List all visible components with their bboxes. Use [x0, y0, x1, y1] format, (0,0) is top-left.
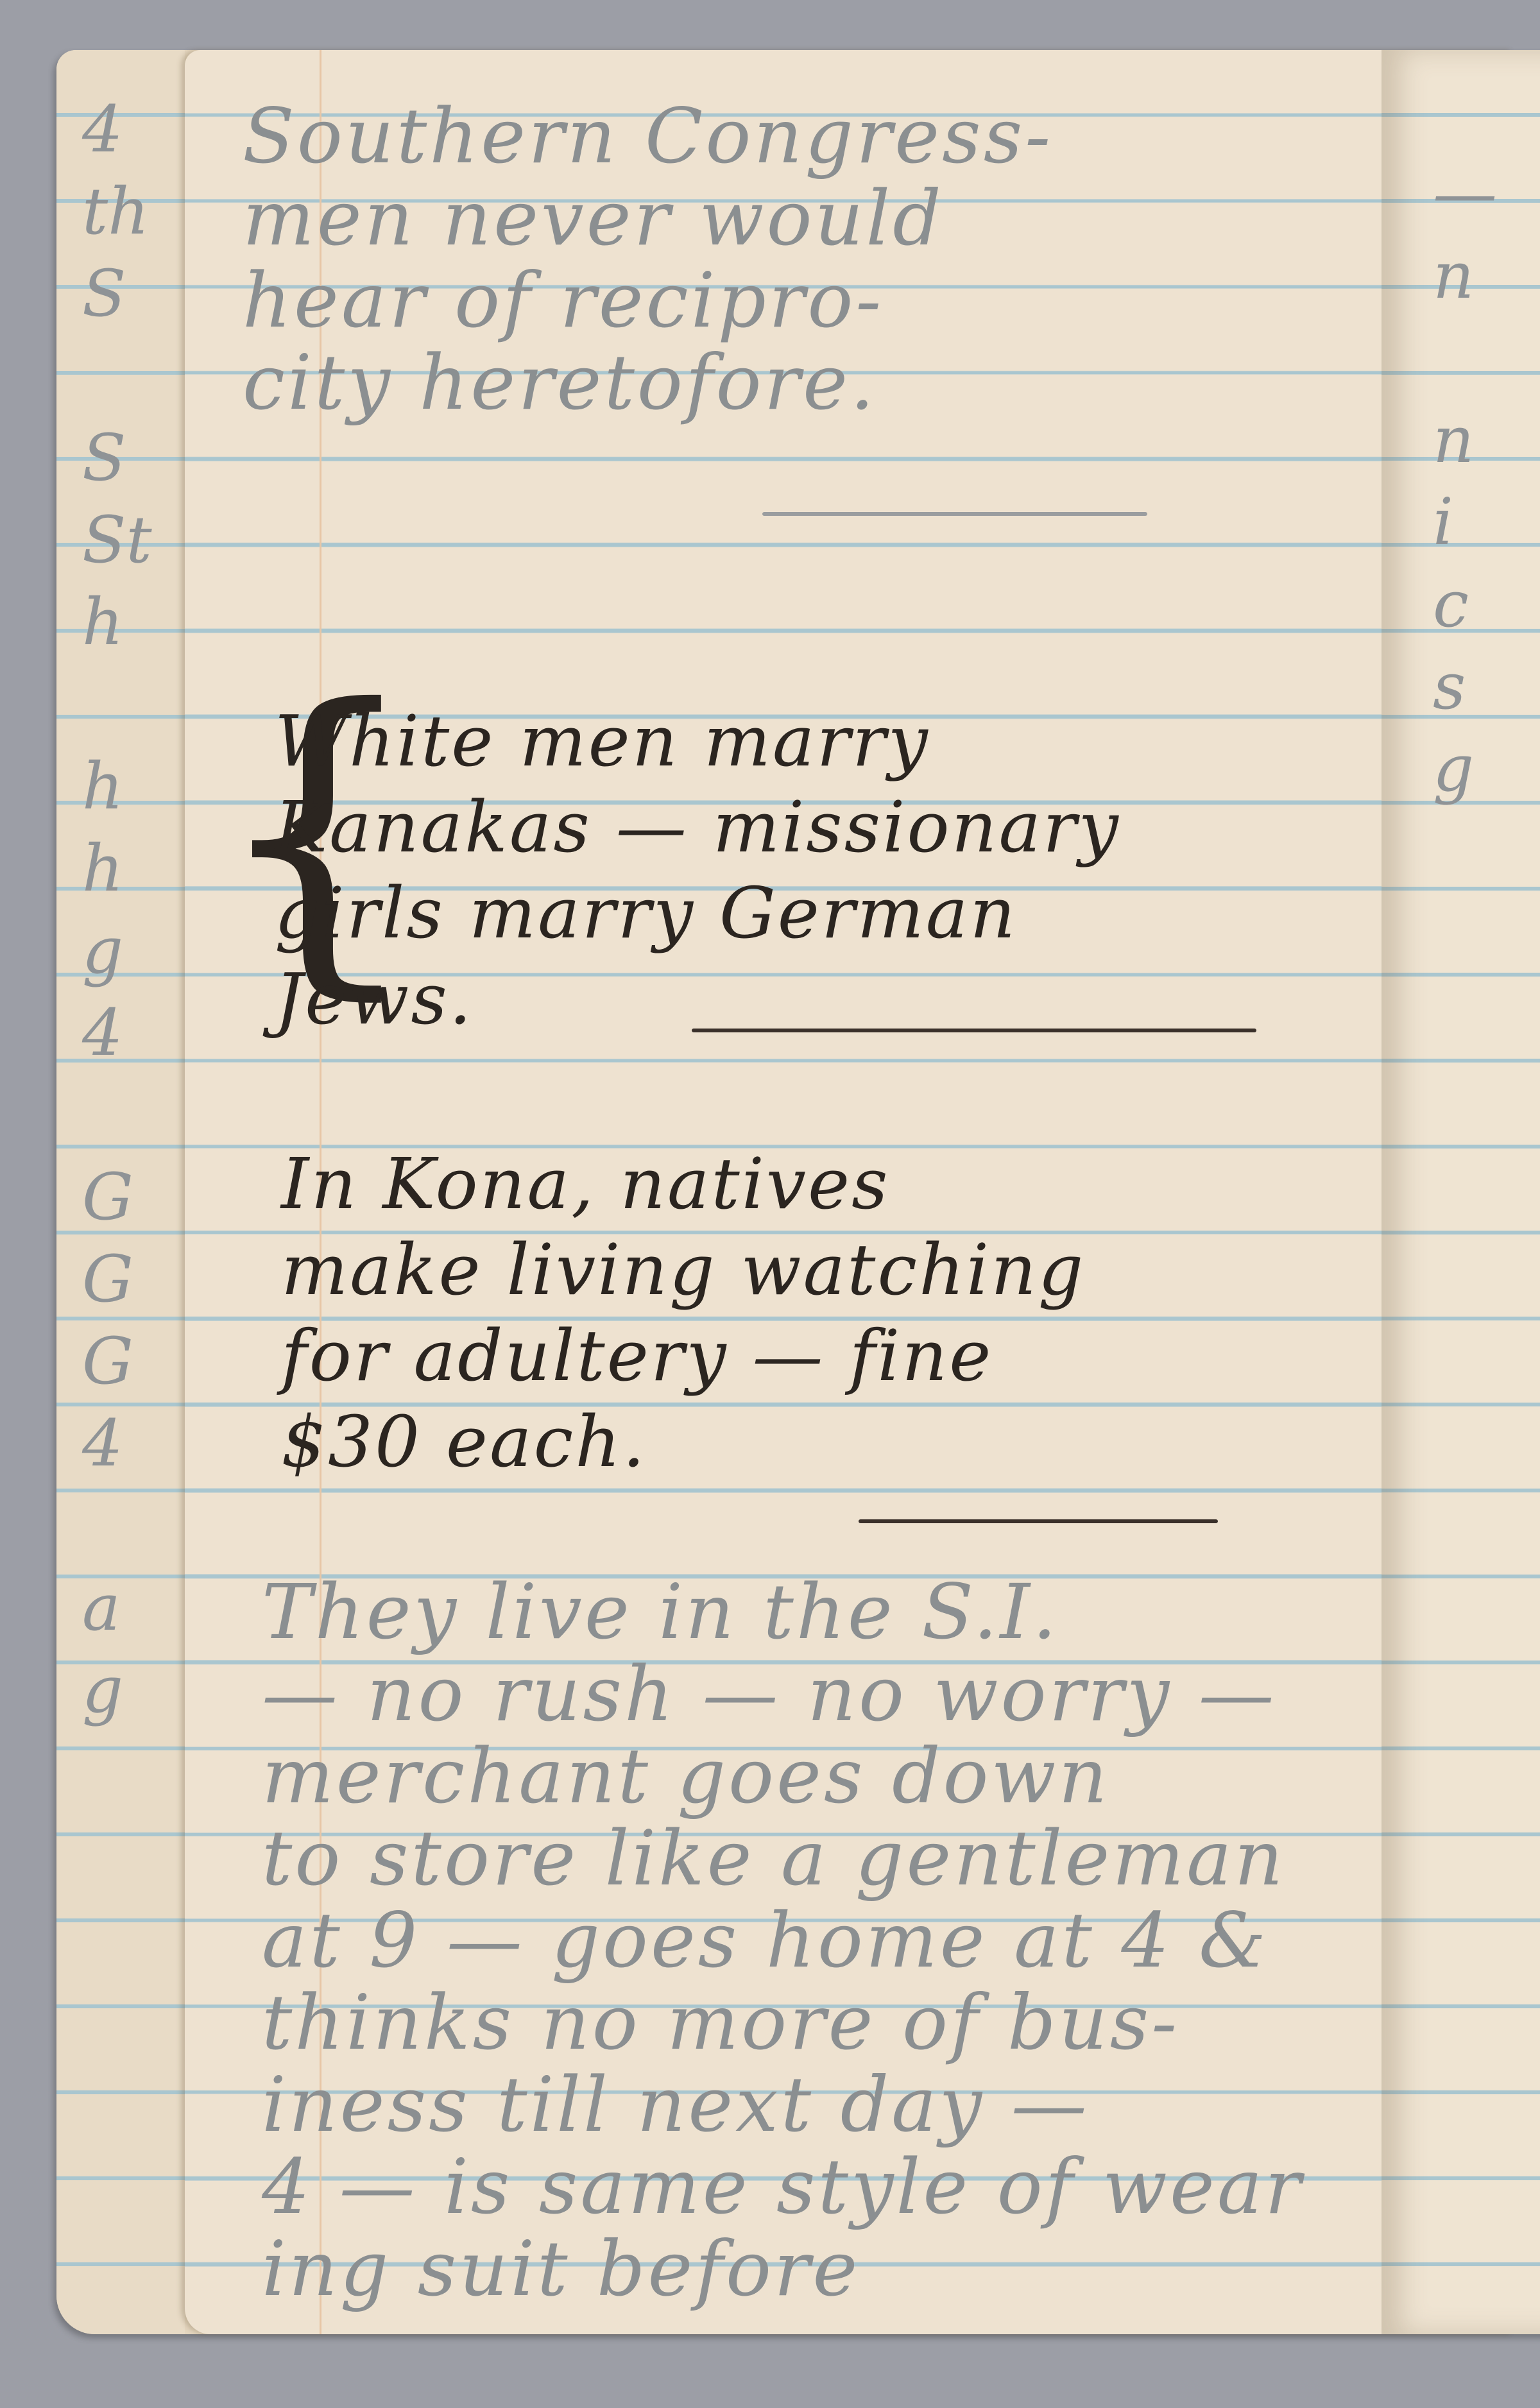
- note-entry-kona: In Kona, natives make living watching fo…: [281, 1141, 1513, 1485]
- note-entry-reciprocity: Southern Congress- men never would hear …: [243, 95, 1513, 423]
- notebook-page: Southern Congress- men never would hear …: [185, 50, 1513, 2334]
- divider-flourish: [692, 1029, 1256, 1032]
- notebook: 4 th S S St h h h g 4 G G G 4 a g Southe…: [56, 50, 1540, 2334]
- note-entry-marriage: White men marry Kanakas — missionary gir…: [275, 698, 1513, 1042]
- divider-flourish: [762, 512, 1147, 516]
- divider-flourish: [859, 1519, 1218, 1523]
- previous-page-text: 4 th S S St h h h g 4 G G G 4 a g: [82, 89, 152, 1731]
- next-page-edge: — n n i c s g: [1382, 50, 1540, 2334]
- note-entry-sandwich-islands: They live in the S.I. — no rush — no wor…: [262, 1571, 1513, 2310]
- previous-page-edge: 4 th S S St h h h g 4 G G G 4 a g: [56, 50, 185, 2334]
- next-page-text: — n n i c s g: [1433, 153, 1497, 810]
